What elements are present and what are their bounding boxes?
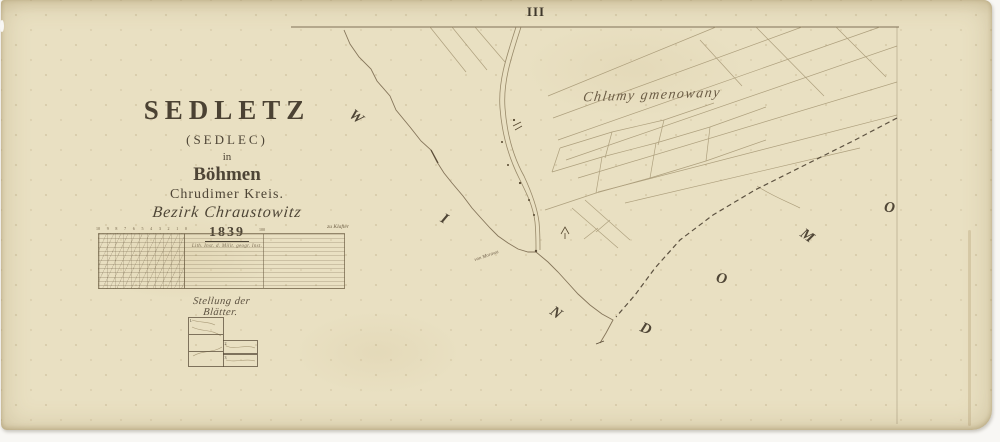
scanned-map-page: III SEDLETZ (SEDLEC) in Böhmen Chrudimer…: [0, 0, 1000, 442]
sheet-index-divider: [189, 351, 223, 352]
sheet-index-label: 2: [225, 341, 227, 346]
scale-tick-label: 4: [150, 226, 152, 231]
scale-unit-label: zu Klafter: [327, 224, 349, 230]
scale-tick-label: 10: [96, 226, 100, 231]
map-title: SEDLETZ: [96, 97, 358, 124]
sheet-index-main-rect: [188, 317, 224, 367]
scale-tick-label: 6: [133, 226, 135, 231]
road: [500, 27, 540, 250]
boundary-letter: O: [883, 201, 895, 217]
sheet-index-right-rect: [223, 354, 258, 367]
parcel-lines: [430, 27, 897, 248]
scale-bar-diagonal-section: [98, 233, 185, 289]
map-preposition: in: [96, 152, 358, 163]
scale-tick-label: 9: [107, 226, 109, 231]
scale-bar-horizontal-section: [185, 233, 345, 289]
scale-tick-label: 5: [141, 226, 143, 231]
sheet-index-divider: [189, 334, 223, 335]
scale-tick-label: 2: [168, 226, 170, 231]
map-alt-name: (SEDLEC): [96, 133, 358, 146]
scale-tick-label: 3: [159, 226, 161, 231]
sheet-number: III: [520, 4, 552, 20]
map-kreis: Chrudimer Kreis.: [96, 188, 358, 202]
scale-tick-label: 1: [176, 226, 178, 231]
sheet-index-label: 3: [225, 355, 227, 360]
scale-mid-label: 100: [259, 227, 265, 232]
map-bezirk: Bezirk Chraustowitz: [95, 205, 359, 221]
sheet-index-right-rect: [223, 340, 258, 354]
scale-tick-label: 0: [185, 226, 187, 231]
scale-tick-label: 7: [124, 226, 126, 231]
scale-tick-labels: 109876543210: [96, 226, 187, 231]
scale-tick-label: 8: [115, 226, 117, 231]
scale-bar: 109876543210 100 zu Klafter: [98, 233, 345, 289]
municipality-boundary: [616, 118, 897, 317]
map-land: Böhmen: [96, 165, 358, 184]
sheet-index-label: I.: [190, 318, 192, 323]
sheet-index-caption: Stellung der Blätter.: [182, 296, 260, 318]
stream: [344, 30, 613, 344]
